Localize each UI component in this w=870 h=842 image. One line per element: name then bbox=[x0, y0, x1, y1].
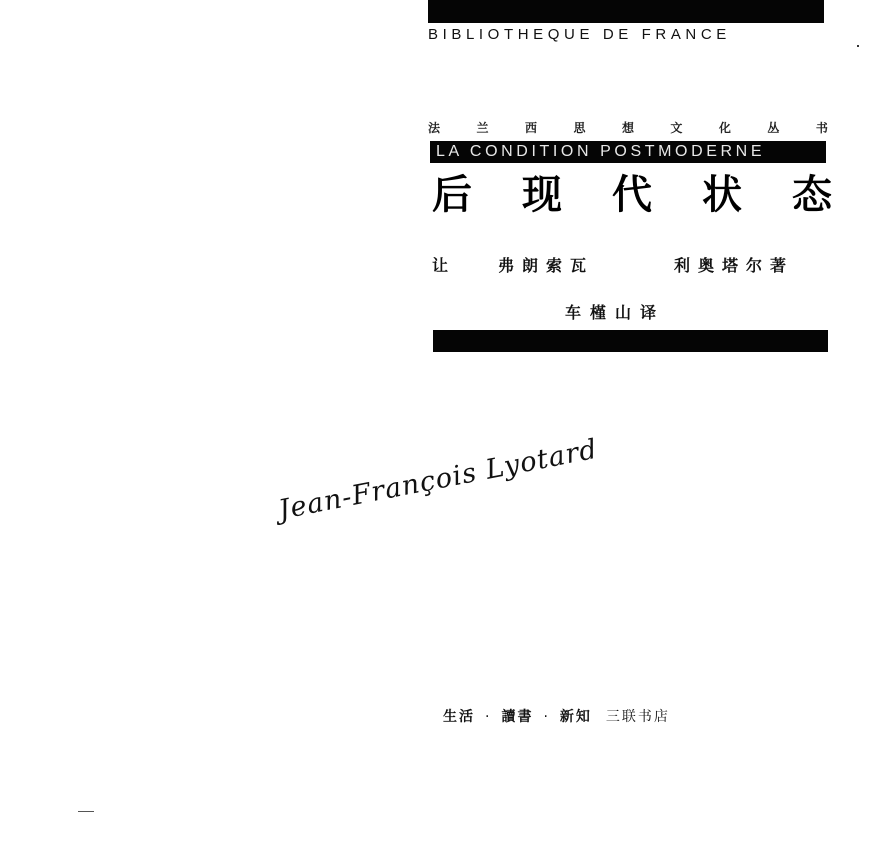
series-char: 书 bbox=[816, 119, 828, 136]
series-char: 想 bbox=[622, 119, 634, 136]
title-char: 现 bbox=[522, 172, 562, 218]
bottom-black-bar bbox=[433, 330, 828, 352]
series-char: 丛 bbox=[767, 119, 779, 136]
title-char: 态 bbox=[792, 172, 832, 218]
publisher-name: 三联书店 bbox=[606, 709, 670, 725]
series-char: 化 bbox=[719, 119, 731, 136]
series-char: 文 bbox=[670, 119, 682, 136]
series-char: 法 bbox=[428, 119, 440, 136]
series-char: 思 bbox=[573, 119, 585, 136]
author-last-name: 利奥塔尔著 bbox=[674, 253, 794, 276]
series-char: 西 bbox=[525, 119, 537, 136]
translator-line: 车槿山译 bbox=[565, 300, 665, 323]
top-black-bar bbox=[428, 0, 824, 23]
series-name-en: BIBLIOTHEQUE DE FRANCE bbox=[428, 26, 828, 43]
scan-speck bbox=[857, 45, 859, 47]
book-title: 后 现 代 状 态 bbox=[432, 172, 832, 218]
publisher-line: 生活·讀書·新知三联书店 bbox=[443, 706, 670, 726]
publisher-part: 新知 bbox=[560, 709, 592, 725]
publisher-part: 讀書 bbox=[501, 709, 533, 725]
subtitle-en-bar: LA CONDITION POSTMODERNE bbox=[430, 141, 826, 163]
series-char: 兰 bbox=[476, 119, 488, 136]
scan-mark bbox=[78, 811, 94, 812]
publisher-part: 生活 bbox=[443, 709, 475, 725]
author-signature: Jean-François Lyotard bbox=[276, 434, 600, 526]
separator-dot: · bbox=[543, 709, 549, 725]
author-middle-name: 弗朗索瓦 bbox=[498, 253, 594, 276]
author-first-name: 让 bbox=[432, 253, 456, 276]
title-char: 后 bbox=[432, 172, 472, 218]
series-name-cn: 法 兰 西 思 想 文 化 丛 书 bbox=[428, 119, 828, 136]
title-char: 代 bbox=[612, 172, 652, 218]
title-char: 状 bbox=[702, 172, 742, 218]
separator-dot: · bbox=[485, 709, 491, 725]
